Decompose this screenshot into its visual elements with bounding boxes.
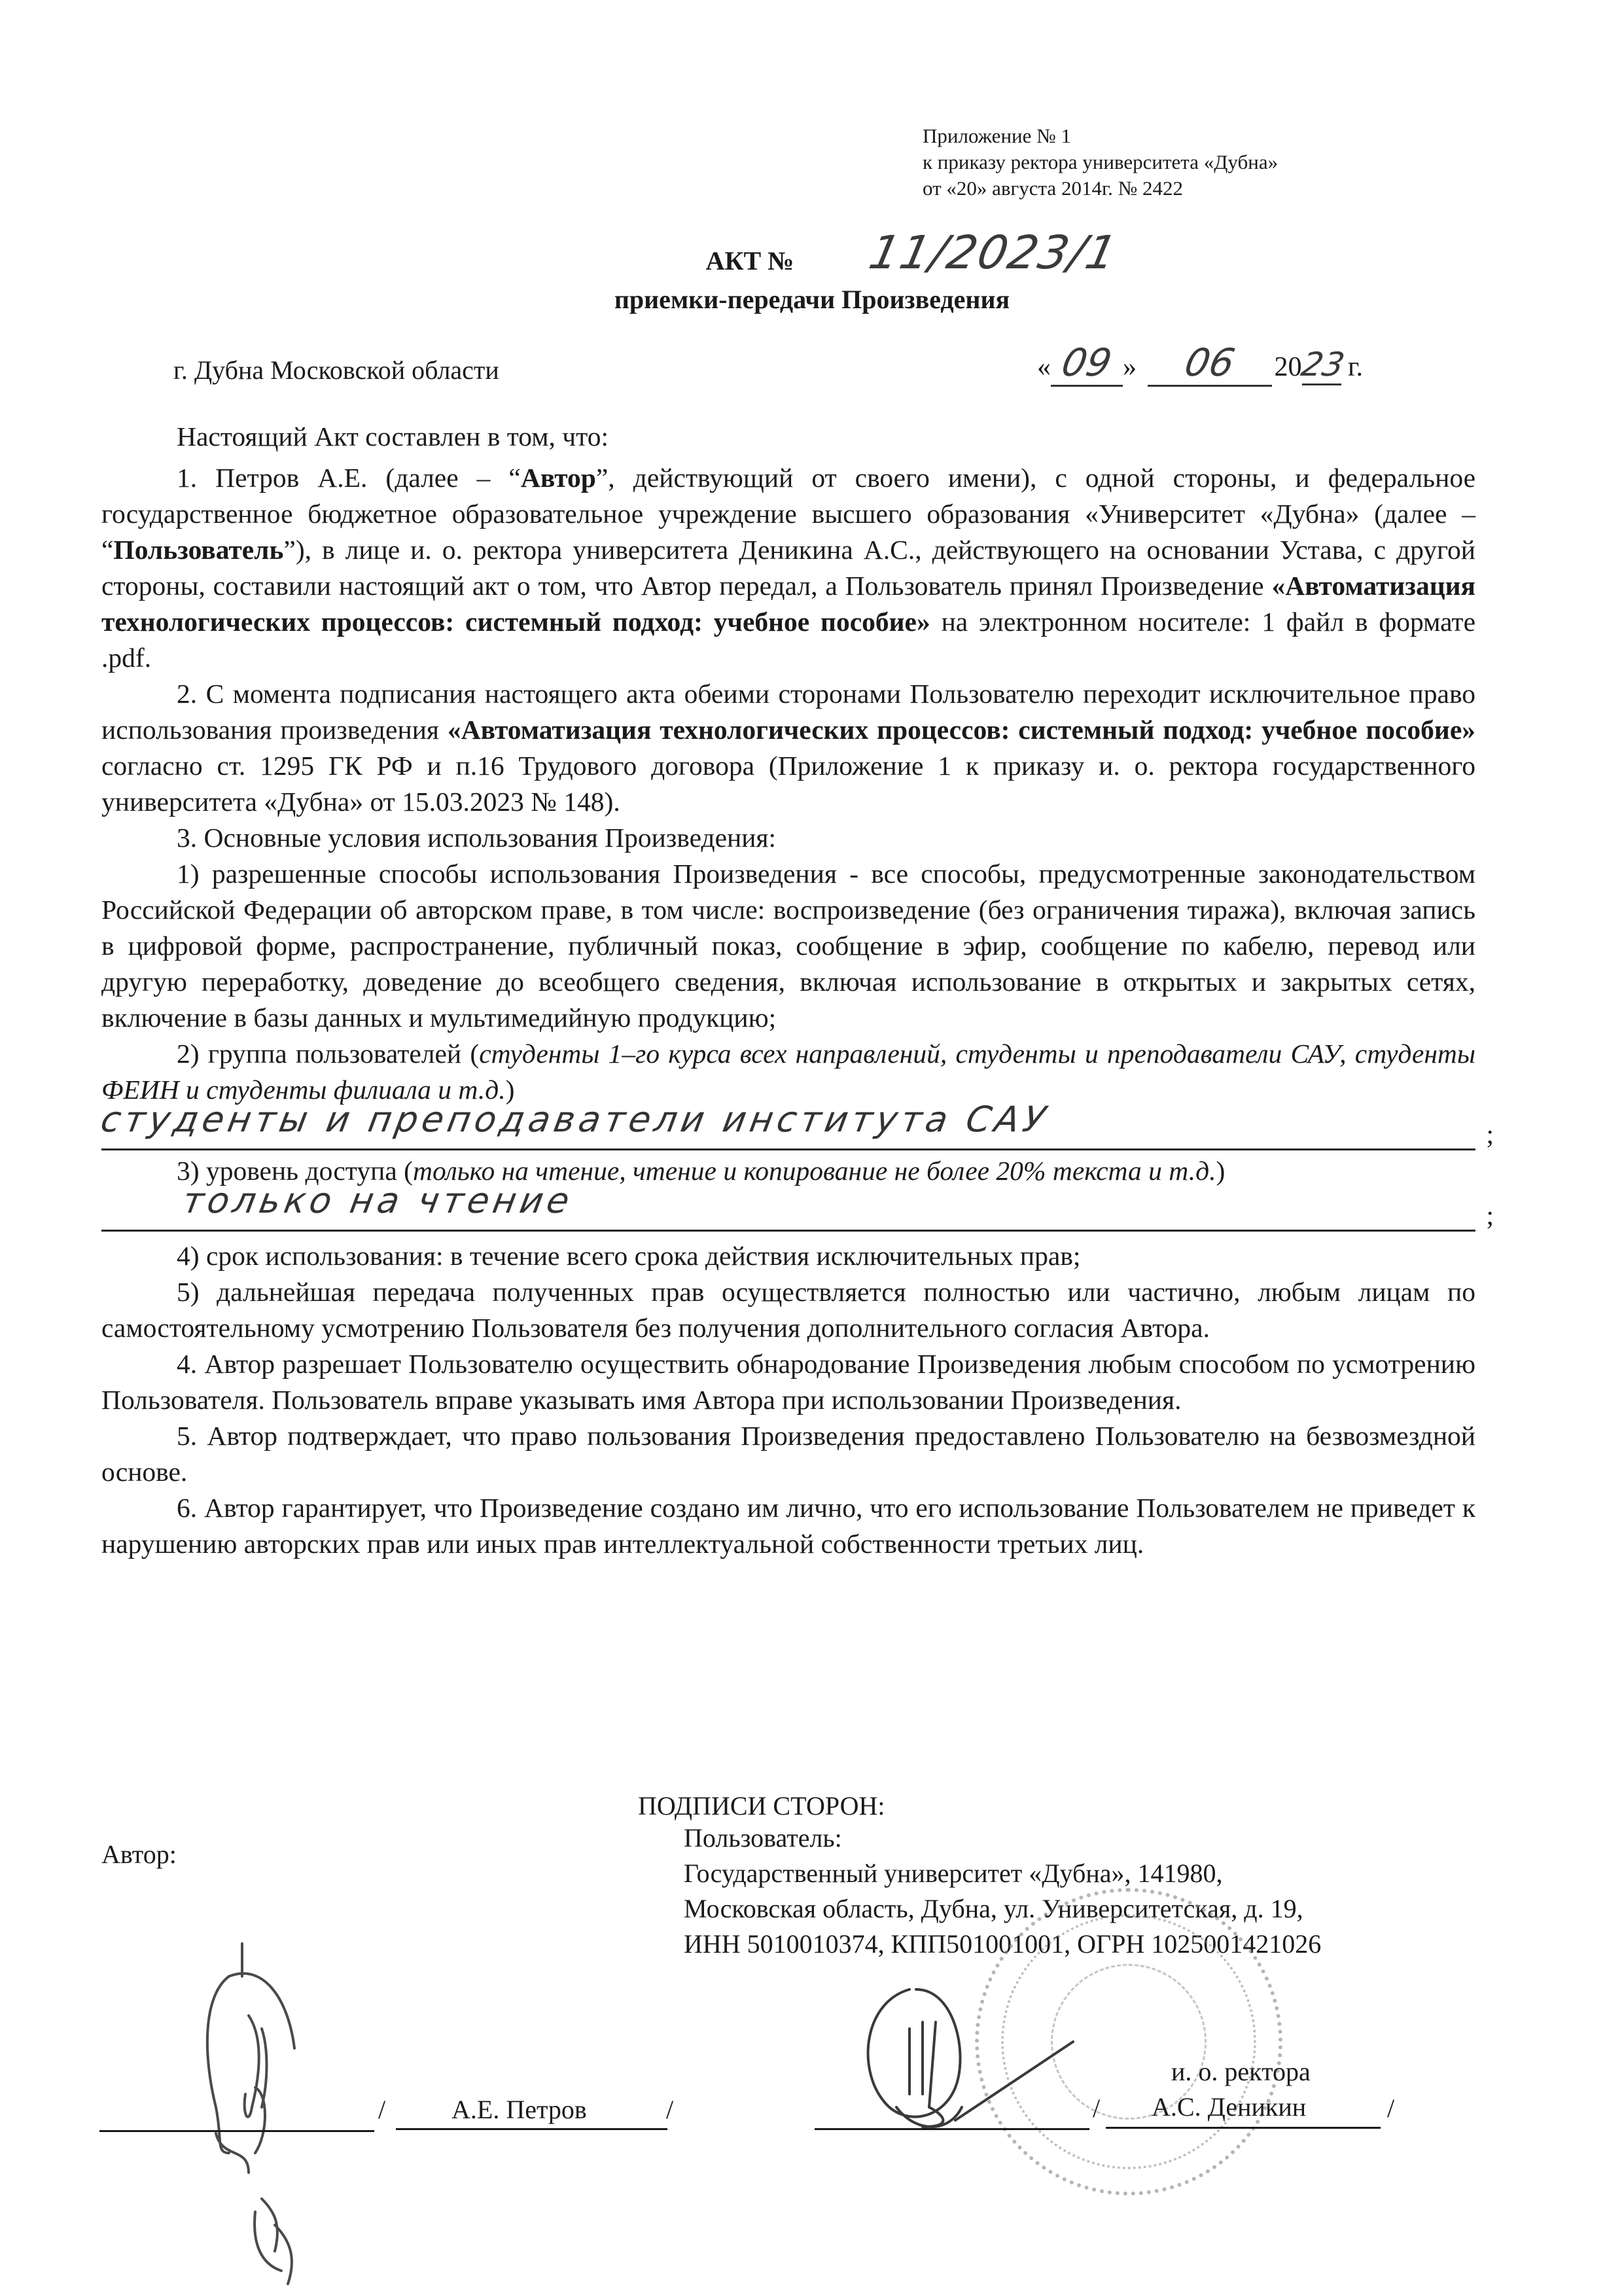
clause-6: 6. Автор гарантирует, что Произведение с… (101, 1490, 1475, 1562)
rector-signature-line (815, 2128, 1089, 2130)
condition-5: 5) дальнейшая передача полученных прав о… (101, 1274, 1475, 1346)
access-level-handwritten: только на чтение (180, 1183, 576, 1219)
clause-2: 2. С момента подписания настоящего акта … (101, 676, 1475, 820)
author-name-line (396, 2128, 667, 2130)
condition-1: 1) разрешенные способы использования Про… (101, 856, 1475, 1036)
clause-4: 4. Автор разрешает Пользователю осуществ… (101, 1346, 1475, 1418)
user-group-handwritten: студенты и преподаватели института САУ (98, 1101, 1051, 1137)
user-org: Государственный университет «Дубна», 141… (684, 1856, 1321, 1891)
act-label: АКТ № (706, 246, 794, 276)
date-year: 23 (1302, 346, 1341, 385)
act-body: Настоящий Акт составлен в том, что: 1. П… (101, 419, 1475, 1562)
condition-4: 4) срок использования: в течение всего с… (101, 1238, 1475, 1274)
rector-name-line (1106, 2127, 1381, 2129)
date-month: 06 (1148, 340, 1272, 387)
clause-1: 1. Петров А.Е. (далее – “Автор”, действу… (101, 460, 1475, 676)
user-label: Пользователь: (684, 1821, 1321, 1856)
appendix-note: Приложение № 1 к приказу ректора универс… (923, 123, 1278, 202)
author-name: А.Е. Петров (451, 2094, 587, 2125)
act-number-handwritten: 11/2023/1 (864, 226, 1122, 279)
author-signature-line (99, 2130, 374, 2132)
act-subtitle: приемки-передачи Произведения (0, 284, 1624, 315)
intro: Настоящий Акт составлен в том, что: (101, 419, 1475, 455)
clause-3: 3. Основные условия использования Произв… (101, 820, 1475, 856)
act-date: «09» 062023 г. (1037, 340, 1363, 387)
date-day: 09 (1051, 340, 1123, 387)
appendix-line-3: от «20» августа 2014г. № 2422 (923, 175, 1278, 202)
condition-2: 2) группа пользователей (студенты 1–го к… (101, 1036, 1475, 1108)
appendix-line-1: Приложение № 1 (923, 123, 1278, 149)
place: г. Дубна Московской области (173, 355, 499, 385)
rector-position: и. о. ректора (1171, 2056, 1311, 2087)
author-signature (190, 1937, 360, 2290)
user-group-field: студенты и преподаватели института САУ ; (101, 1108, 1475, 1150)
clause-5: 5. Автор подтверждает, что право пользов… (101, 1418, 1475, 1490)
author-label: Автор: (101, 1839, 177, 1870)
access-level-field: только на чтение ; (101, 1189, 1475, 1232)
signatures-title: ПОДПИСИ СТОРОН: (638, 1790, 885, 1821)
rector-name: А.С. Деникин (1152, 2091, 1306, 2122)
user-address: Московская область, Дубна, ул. Университ… (684, 1891, 1321, 1927)
act-title: АКТ № (0, 245, 1624, 276)
appendix-line-2: к приказу ректора университета «Дубна» (923, 149, 1278, 175)
rector-signature (857, 1976, 1093, 2133)
